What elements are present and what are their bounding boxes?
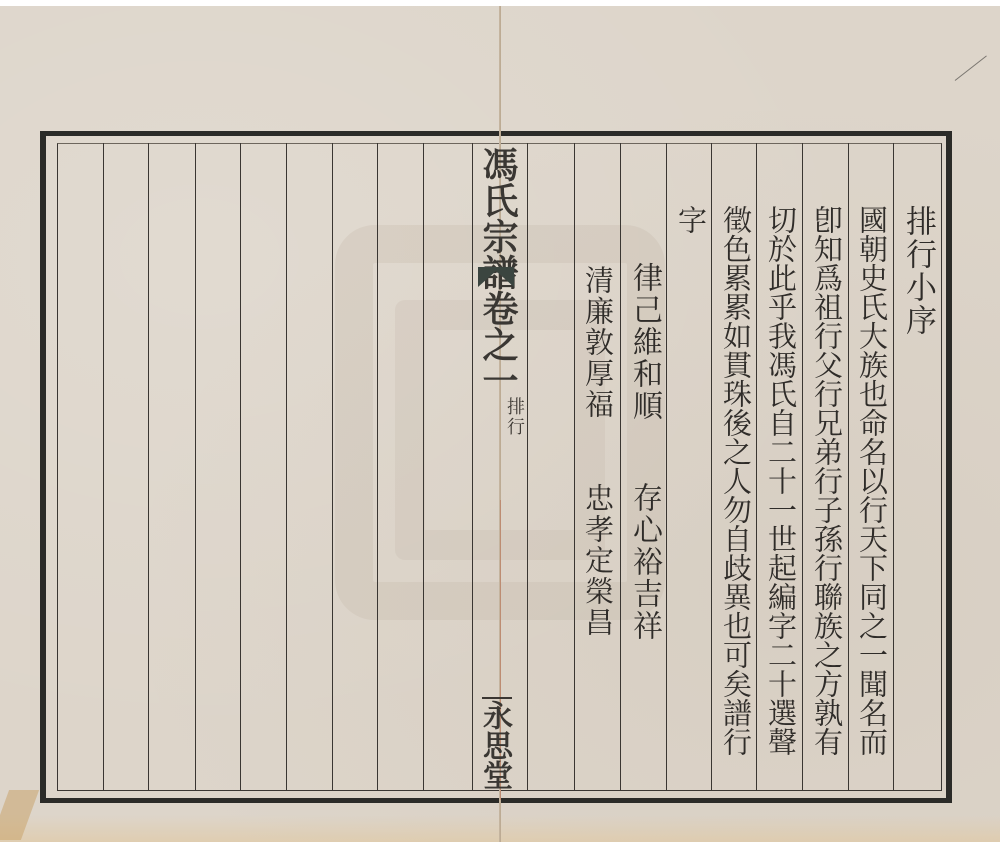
column-rule	[377, 143, 378, 791]
column-rule	[103, 143, 104, 791]
column-rule	[574, 143, 575, 791]
column-rule	[286, 143, 287, 791]
column-rule	[756, 143, 757, 791]
preface-column-2: 卽知爲祖行父行兄弟行子孫行聯族之方孰有	[807, 205, 847, 756]
column-rule	[893, 143, 894, 791]
preface-column-3: 切於此乎我馮氏自二十一世起編字二十選聲	[761, 205, 801, 756]
preface-column-1: 國朝史氏大族也命名以行天下同之一聞名而	[852, 205, 892, 756]
column-rule	[711, 143, 712, 791]
column-rule	[802, 143, 803, 791]
generation-chars-1-lower: 存心裕吉祥	[624, 482, 664, 642]
column-rule	[620, 143, 621, 791]
column-rule	[848, 143, 849, 791]
volume-label: 卷之一	[478, 290, 518, 398]
hall-rule	[482, 697, 512, 699]
column-rule	[332, 143, 333, 791]
column-rule	[666, 143, 667, 791]
hall-name: 永思堂	[478, 700, 510, 790]
generation-chars-2-upper: 清廉敦厚福	[578, 265, 618, 420]
generation-chars-1-upper: 律己維和順	[624, 262, 664, 422]
column-rule	[527, 143, 528, 791]
column-rule	[148, 143, 149, 791]
column-rule	[423, 143, 424, 791]
generation-chars-2-lower: 忠孝定榮昌	[578, 483, 618, 638]
preface-column-5: 字	[671, 205, 711, 236]
preface-column-4: 徵色累累如貫珠後之人勿自歧異也可矣譜行	[716, 205, 756, 756]
preface-heading: 排行小序	[898, 205, 938, 337]
column-rule	[195, 143, 196, 791]
column-rule	[472, 143, 473, 791]
section-label: 排行	[503, 397, 525, 437]
column-rule	[240, 143, 241, 791]
